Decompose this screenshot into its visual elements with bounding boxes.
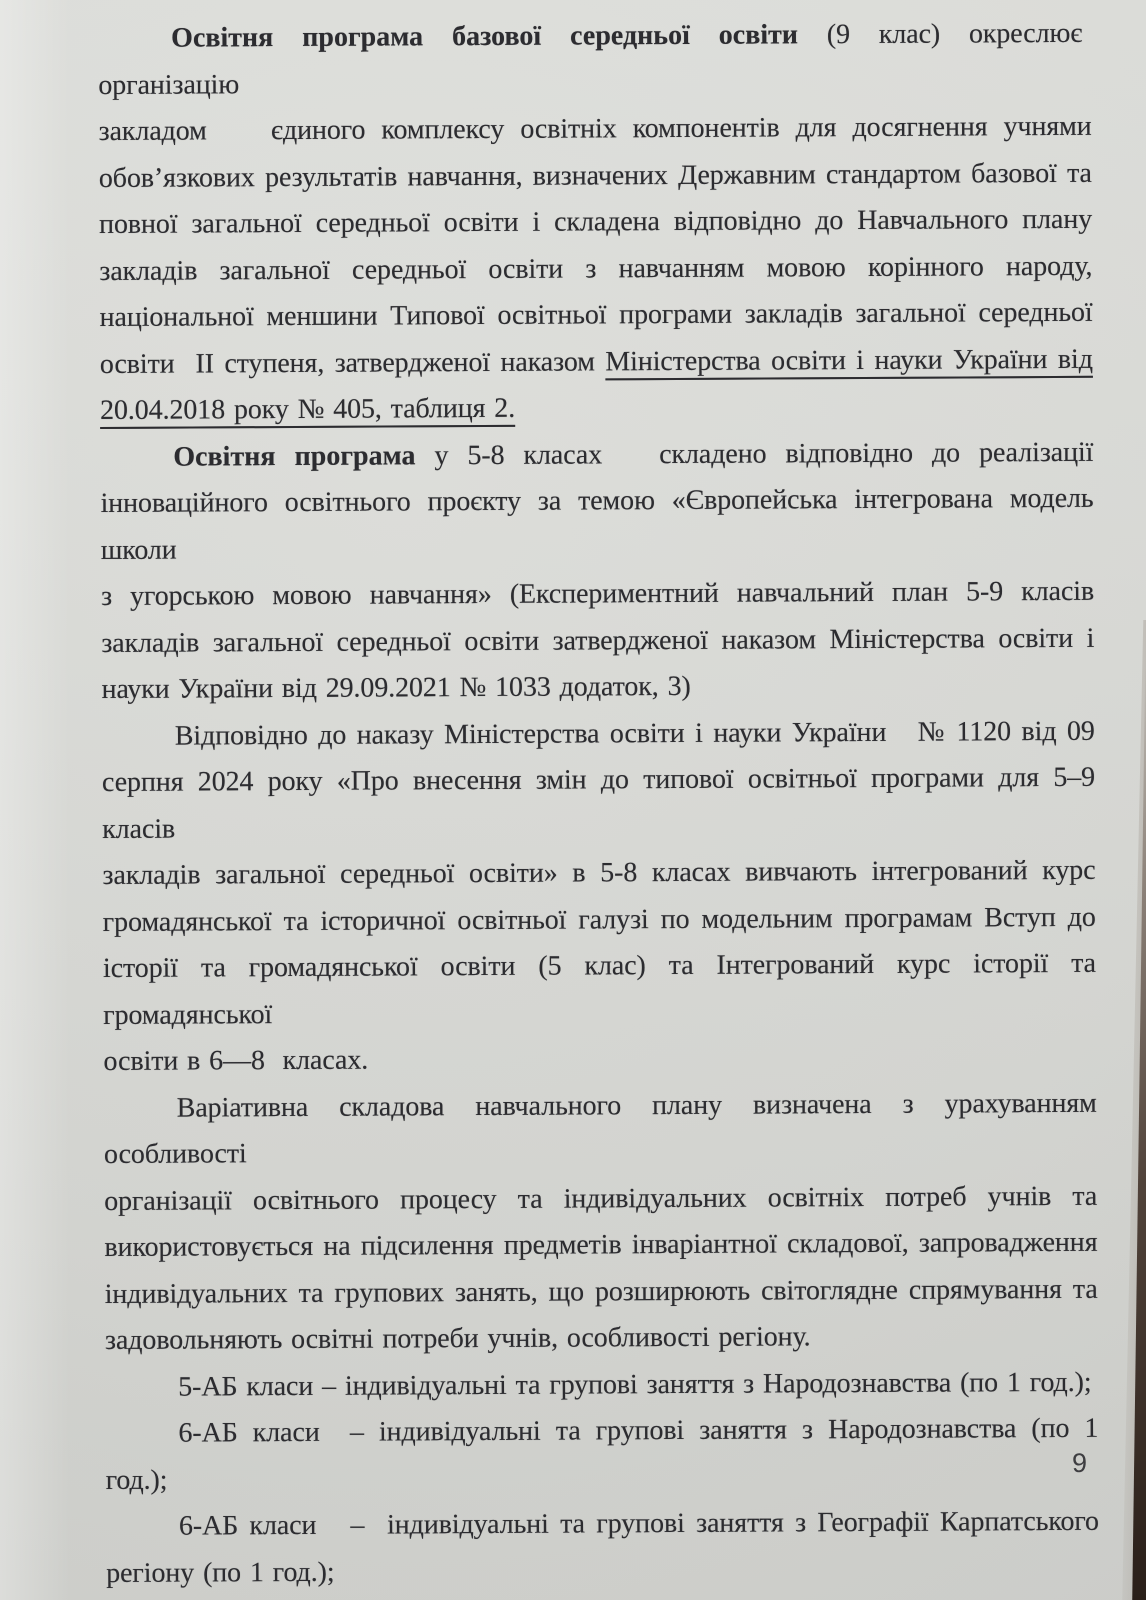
list-item-6ab-geografia-karpat: 6-АБ класи – індивідуальні та групові за… (106, 1499, 1099, 1597)
scanned-page: Освітня програма базової середньої освіт… (0, 0, 1146, 1600)
document-text-block: Освітня програма базової середньої освіт… (98, 11, 1099, 1597)
text-line: Освітня програма базової середньої освіт… (98, 11, 1091, 109)
text-line: 6-АБ класи – індивідуальні та групові за… (105, 1406, 1098, 1504)
text-line: інноваційного освітнього проєкту за темо… (100, 476, 1093, 574)
text-run: у 5-8 класах складено відповідно до реал… (415, 436, 1093, 471)
text-line: закладів загальної середньої освіти затв… (101, 615, 1094, 667)
text-run: закладів загальної середньої освіти» в 5… (102, 855, 1095, 891)
text-run: 6-АБ класи – індивідуальні та групові за… (106, 1413, 1099, 1496)
text-run: інноваційного освітнього проєкту за темо… (100, 483, 1093, 566)
text-line: закладів загальної середньої освіти» в 5… (102, 848, 1095, 900)
text-run: обов’язкових результатів навчання, визна… (99, 157, 1092, 193)
text-line: Варіативна складова навчального плану ви… (104, 1080, 1097, 1178)
text-run: організації освітнього процесу та індиві… (104, 1180, 1097, 1216)
text-run: використовується на підсилення предметів… (104, 1227, 1097, 1263)
text-line: індивідуальних та групових занять, що ро… (105, 1266, 1098, 1318)
text-line: з угорською мовою навчання» (Експеримент… (101, 569, 1094, 621)
text-run: освіти ІІ ступеня, затвердженої наказом (100, 346, 606, 380)
list-item-5ab-narodoznavstvo: 5-АБ класи – індивідуальні та групові за… (105, 1359, 1098, 1411)
text-line: освіти ІІ ступеня, затвердженої наказом … (100, 336, 1093, 388)
text-line: організації освітнього процесу та індиві… (104, 1173, 1097, 1225)
text-line: обов’язкових результатів навчання, визна… (99, 150, 1092, 202)
page-number: 9 (1072, 1448, 1087, 1479)
text-line: 6-АБ класи – індивідуальні та групові за… (106, 1499, 1099, 1551)
paragraph-osvitnia-programa-5-8-klasy: Освітня програма у 5-8 класах складено в… (100, 429, 1094, 713)
text-line: закладом єдиного комплексу освітніх комп… (98, 104, 1091, 156)
text-line: закладів загальної середньої освіти з на… (99, 243, 1092, 295)
text-run: науки України від 29.09.2021 № 1033 дода… (101, 671, 690, 705)
text-line: Освітня програма у 5-8 класах складено в… (100, 429, 1093, 481)
paragraph-osvitnia-programa-9-klas: Освітня програма базової середньої освіт… (98, 11, 1093, 435)
scan-edge-shadow (1112, 620, 1146, 1600)
text-run: громадянської та історичної освітньої га… (103, 901, 1096, 937)
paragraph-nakaz-1120: Відповідно до наказу Міністерства освіти… (102, 708, 1097, 1085)
text-line: серпня 2024 року «Про внесення змін до т… (102, 755, 1095, 853)
text-run: повної загальної середньої освіти і скла… (99, 204, 1092, 240)
text-run: закладів загальної середньої освіти затв… (101, 622, 1094, 658)
scan-dark-edge (1130, 665, 1146, 1600)
text-line: історії та громадянської освіти (5 клас)… (103, 941, 1096, 1039)
text-line: освіти в 6—8 класах. (103, 1034, 1096, 1086)
text-line: громадянської та історичної освітньої га… (103, 894, 1096, 946)
text-line: повної загальної середньої освіти і скла… (99, 197, 1092, 249)
text-line: Відповідно до наказу Міністерства освіти… (102, 708, 1095, 760)
text-line: задовольняють освітні потреби учнів, осо… (105, 1313, 1098, 1365)
text-run: регіону (по 1 год.); (106, 1556, 334, 1588)
list-item-6ab-narodoznavstvo: 6-АБ класи – індивідуальні та групові за… (105, 1406, 1098, 1504)
text-run: освіти в 6—8 класах. (103, 1045, 368, 1077)
paragraph-variatyvna-skladova: Варіативна складова навчального плану ви… (104, 1080, 1098, 1364)
text-run: національної меншини Типової освітньої п… (99, 297, 1092, 333)
bold-text: Освітня програма базової середньої освіт… (171, 19, 798, 53)
text-line: національної меншини Типової освітньої п… (99, 290, 1092, 342)
underlined-text: 20.04.2018 року № 405, таблиця 2. (100, 393, 515, 426)
text-line: 5-АБ класи – індивідуальні та групові за… (105, 1359, 1098, 1411)
text-run: закладом єдиного комплексу освітніх комп… (99, 111, 1092, 147)
text-run: закладів загальної середньої освіти з на… (99, 250, 1092, 286)
text-run: задовольняють освітні потреби учнів, осо… (105, 1321, 811, 1356)
text-line: регіону (по 1 год.); (106, 1545, 1099, 1597)
text-run: з угорською мовою навчання» (Експеримент… (101, 576, 1094, 612)
text-line: використовується на підсилення предметів… (104, 1220, 1097, 1272)
text-run: Варіативна складова навчального плану ви… (104, 1087, 1097, 1170)
text-run: Відповідно до наказу Міністерства освіти… (175, 715, 1095, 751)
text-line: науки України від 29.09.2021 № 1033 дода… (101, 662, 1094, 714)
text-run: 5-АБ класи – індивідуальні та групові за… (178, 1366, 1091, 1402)
bold-text: Освітня програма (173, 440, 415, 472)
text-run: історії та громадянської освіти (5 клас)… (103, 948, 1096, 1031)
text-run: індивідуальних та групових занять, що ро… (105, 1273, 1098, 1309)
text-run: 6-АБ класи – індивідуальні та групові за… (179, 1506, 1099, 1542)
underlined-text: Міністерства освіти і науки України від (605, 343, 1093, 377)
text-line: 20.04.2018 року № 405, таблиця 2. (100, 383, 1093, 435)
text-run: серпня 2024 року «Про внесення змін до т… (102, 762, 1095, 845)
